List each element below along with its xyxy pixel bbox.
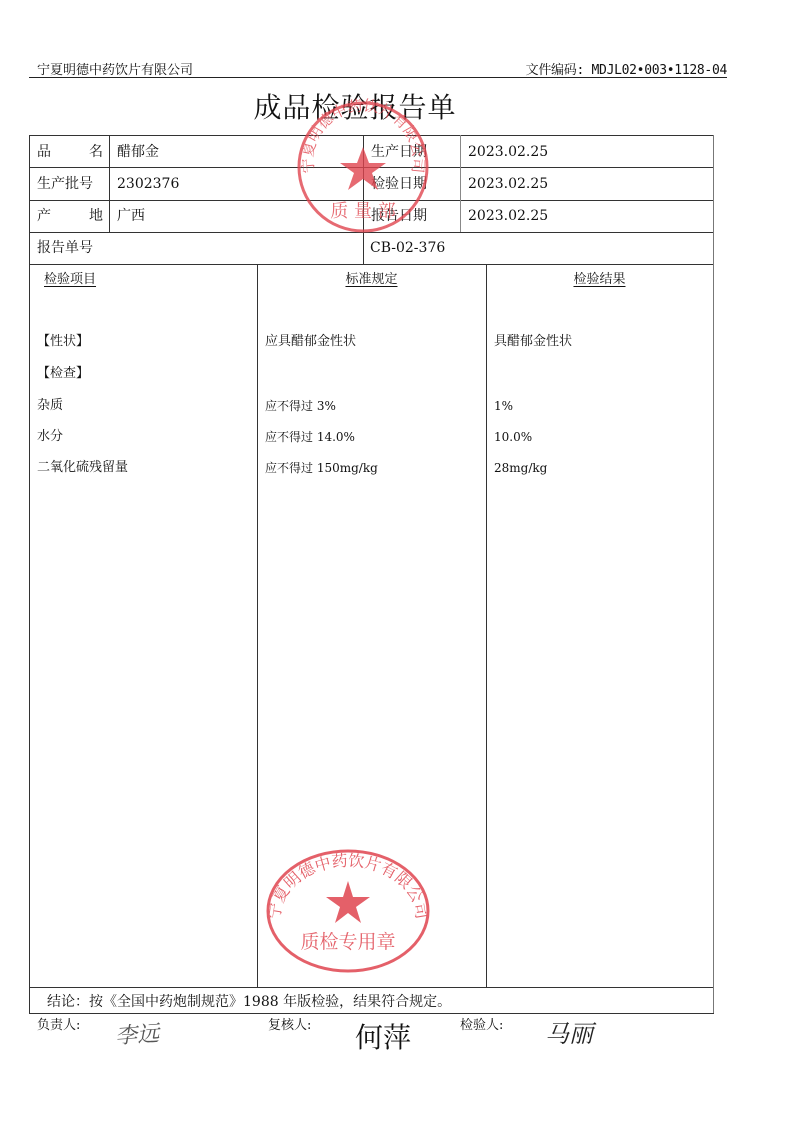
- report-no-value: CB-02-376: [370, 240, 445, 256]
- column-header-item: 检验项目: [44, 272, 96, 288]
- conclusion-text: 结论：按《全国中药炮制规范》1988 年版检验，结果符合规定。: [47, 994, 451, 1010]
- origin-label: 产 地: [37, 208, 103, 224]
- page-title: 成品检验报告单: [0, 86, 710, 126]
- svg-text:质检专用章: 质检专用章: [300, 931, 395, 953]
- company-name: 宁夏明德中药饮片有限公司: [37, 59, 193, 78]
- item-cell: 二氧化硫残留量: [37, 460, 128, 476]
- inspector-signature: 马丽: [545, 1014, 593, 1049]
- responsible-signature: 李远: [114, 1017, 160, 1051]
- item-cell: 【性状】: [37, 334, 89, 350]
- test-date-label: 检验日期: [371, 176, 427, 192]
- svg-text:宁夏明德中药饮片有限公司: 宁夏明德中药饮片有限公司: [264, 851, 431, 921]
- report-date-value: 2023.02.25: [468, 208, 548, 224]
- document-code: 文件编码: MDJL02•003•1128-04: [526, 59, 727, 78]
- product-name-value: 醋郁金: [117, 144, 159, 160]
- product-name-label: 品 名: [37, 144, 103, 160]
- production-date-label: 生产日期: [371, 144, 427, 160]
- production-date-value: 2023.02.25: [468, 144, 548, 160]
- batch-value: 2302376: [117, 176, 179, 192]
- batch-label: 生产批号: [37, 176, 93, 192]
- quality-inspection-stamp: 宁夏明德中药饮片有限公司 质检专用章: [263, 845, 433, 975]
- column-header-standard: 标准规定: [257, 272, 486, 288]
- item-cell: 水分: [37, 429, 63, 445]
- origin-value: 广西: [117, 208, 145, 224]
- report-no-label: 报告单号: [37, 240, 93, 256]
- standard-cell: 应不得过 150mg/kg: [265, 460, 378, 476]
- result-cell: 1%: [494, 398, 513, 414]
- result-cell: 10.0%: [494, 429, 532, 445]
- inspector-label: 检验人:: [460, 1018, 503, 1034]
- item-cell: 杂质: [37, 398, 63, 414]
- reviewer-signature: 何萍: [355, 1016, 411, 1056]
- standard-cell: 应具醋郁金性状: [265, 334, 356, 350]
- header-rule: [29, 77, 727, 78]
- document-code-value: MDJL02•003•1128-04: [592, 63, 727, 78]
- reviewer-label: 复核人:: [268, 1018, 311, 1034]
- standard-cell: 应不得过 3%: [265, 398, 336, 414]
- item-cell: 【检查】: [37, 366, 89, 382]
- column-header-result: 检验结果: [486, 272, 713, 288]
- result-cell: 具醋郁金性状: [494, 334, 572, 350]
- test-date-value: 2023.02.25: [468, 176, 548, 192]
- result-cell: 28mg/kg: [494, 460, 547, 476]
- document-code-label: 文件编码:: [526, 63, 584, 78]
- star-icon: [326, 881, 370, 923]
- report-date-label: 报告日期: [371, 208, 427, 224]
- standard-cell: 应不得过 14.0%: [265, 429, 355, 445]
- responsible-label: 负责人:: [37, 1018, 80, 1034]
